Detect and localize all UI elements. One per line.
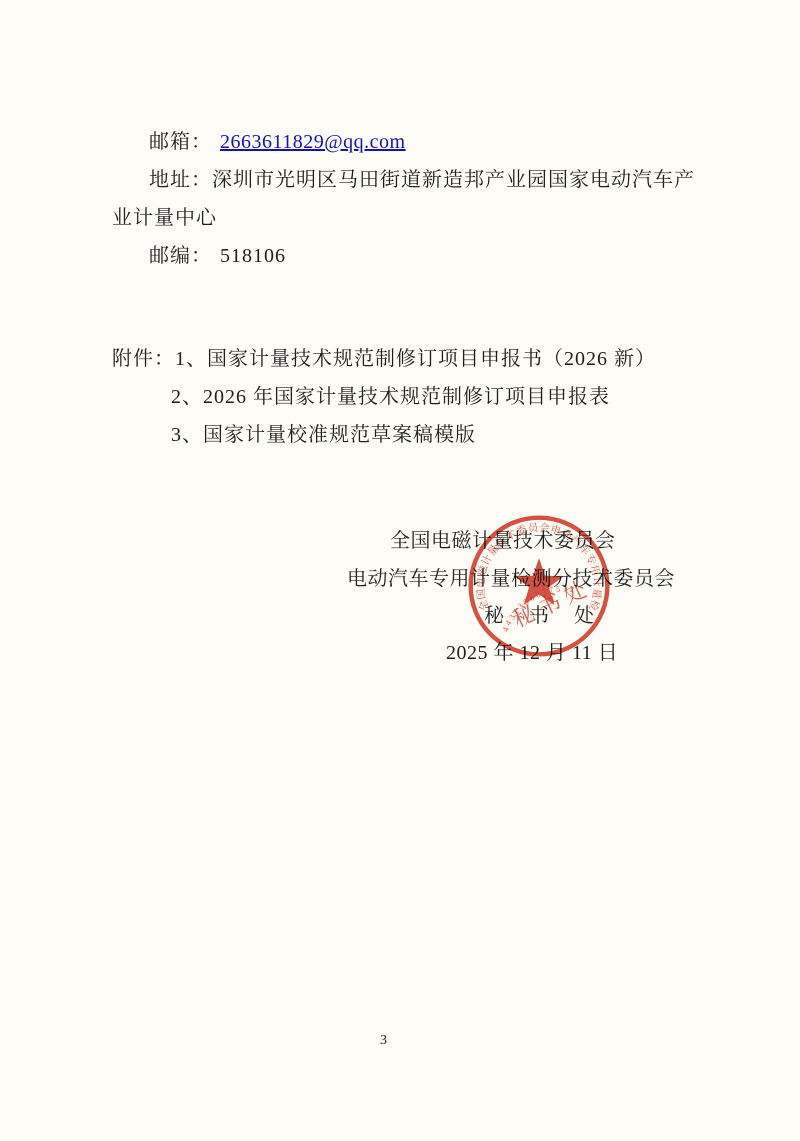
attachments-label: 附件： [112, 348, 175, 370]
page-number: 3 [380, 1033, 387, 1049]
attachment-item-1: 1、国家计量技术规范制修订项目申报书（2026 新） [175, 348, 656, 370]
official-seal-stamp: 全国电磁计量技术委员会电动汽车专用计量检测分技术委员会 秘书处 44313560… [462, 507, 616, 665]
postcode-line: 邮编：518106 [149, 244, 286, 268]
postcode-value: 518106 [220, 245, 286, 267]
email-label: 邮箱： [149, 131, 212, 153]
attachment-item-2: 2、2026 年国家计量技术规范制修订项目申报表 [171, 385, 610, 409]
email-link[interactable]: 2663611829@qq.com [220, 131, 406, 153]
document-page: 邮箱：2663611829@qq.com 地址：深圳市光明区马田街道新造邦产业园… [0, 0, 800, 1141]
address-line-2: 业计量中心 [112, 206, 217, 230]
postcode-label: 邮编： [149, 245, 212, 267]
attachment-line-1: 附件：1、国家计量技术规范制修订项目申报书（2026 新） [112, 347, 656, 371]
email-line: 邮箱：2663611829@qq.com [149, 130, 406, 154]
attachment-item-3: 3、国家计量校准规范草案稿模版 [171, 423, 476, 447]
address-line-1: 地址：深圳市光明区马田街道新造邦产业园国家电动汽车产 [149, 168, 695, 192]
